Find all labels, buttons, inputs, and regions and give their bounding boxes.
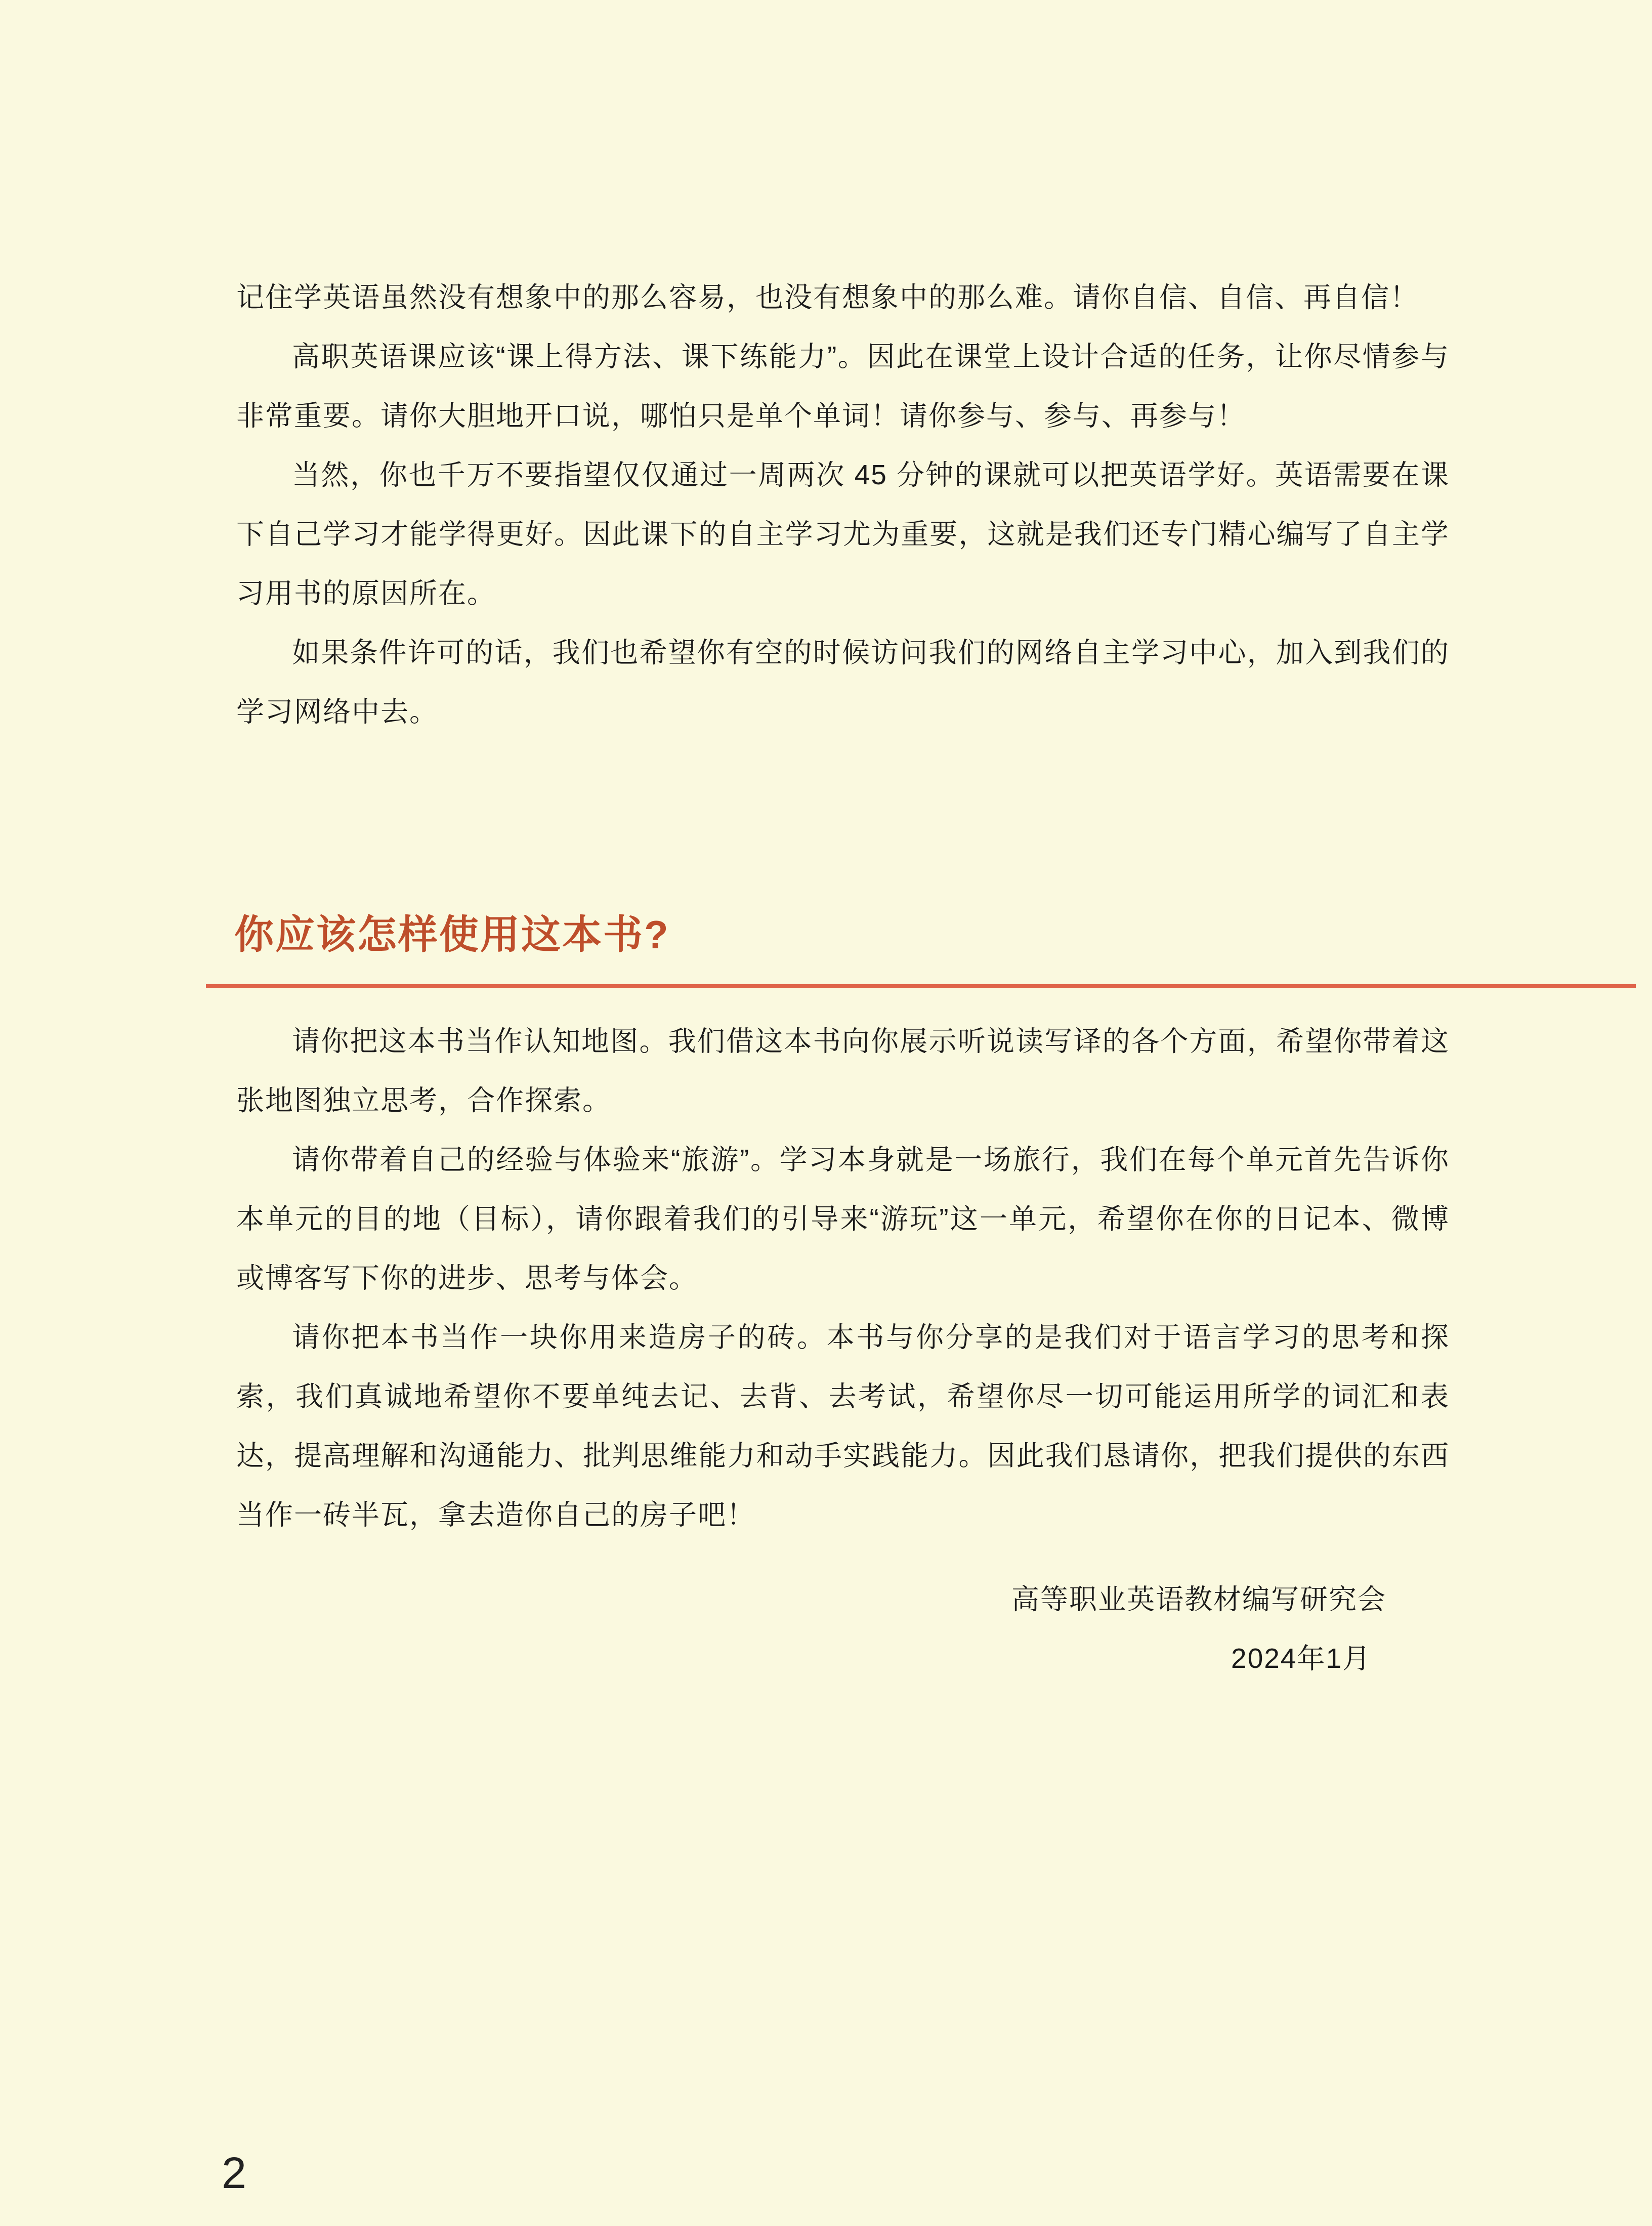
paragraph: 请你带着自己的经验与体验来“旅游”。学习本身就是一场旅行，我们在每个单元首先告诉…: [236, 1130, 1450, 1308]
intro-text-block: 记住学英语虽然没有想象中的那么容易，也没有想象中的那么难。请你自信、自信、再自信…: [236, 268, 1450, 741]
paragraph: 记住学英语虽然没有想象中的那么容易，也没有想象中的那么难。请你自信、自信、再自信…: [236, 268, 1450, 327]
paragraph: 请你把本书当作一块你用来造房子的砖。本书与你分享的是我们对于语言学习的思考和探索…: [236, 1308, 1450, 1544]
paragraph: 请你把这本书当作认知地图。我们借这本书向你展示听说读写译的各个方面，希望你带着这…: [236, 1012, 1450, 1130]
book-page: 记住学英语虽然没有想象中的那么容易，也没有想象中的那么难。请你自信、自信、再自信…: [0, 0, 1652, 2226]
paragraph: 如果条件许可的话，我们也希望你有空的时候访问我们的网络自主学习中心，加入到我们的…: [236, 623, 1450, 741]
signature-date: 2024年1月: [236, 1629, 1386, 1688]
signature-block: 高等职业英语教材编写研究会 2024年1月: [236, 1570, 1386, 1688]
section-heading: 你应该怎样使用这本书?: [234, 911, 670, 958]
page-number: 2: [222, 2147, 246, 2199]
section-divider-rule: [206, 984, 1636, 988]
paragraph: 高职英语课应该“课上得方法、课下练能力”。因此在课堂上设计合适的任务，让你尽情参…: [236, 327, 1450, 445]
paragraph: 当然，你也千万不要指望仅仅通过一周两次 45 分钟的课就可以把英语学好。英语需要…: [236, 445, 1450, 623]
section-text-block: 请你把这本书当作认知地图。我们借这本书向你展示听说读写译的各个方面，希望你带着这…: [236, 1012, 1450, 1544]
signature-organization: 高等职业英语教材编写研究会: [236, 1570, 1386, 1629]
